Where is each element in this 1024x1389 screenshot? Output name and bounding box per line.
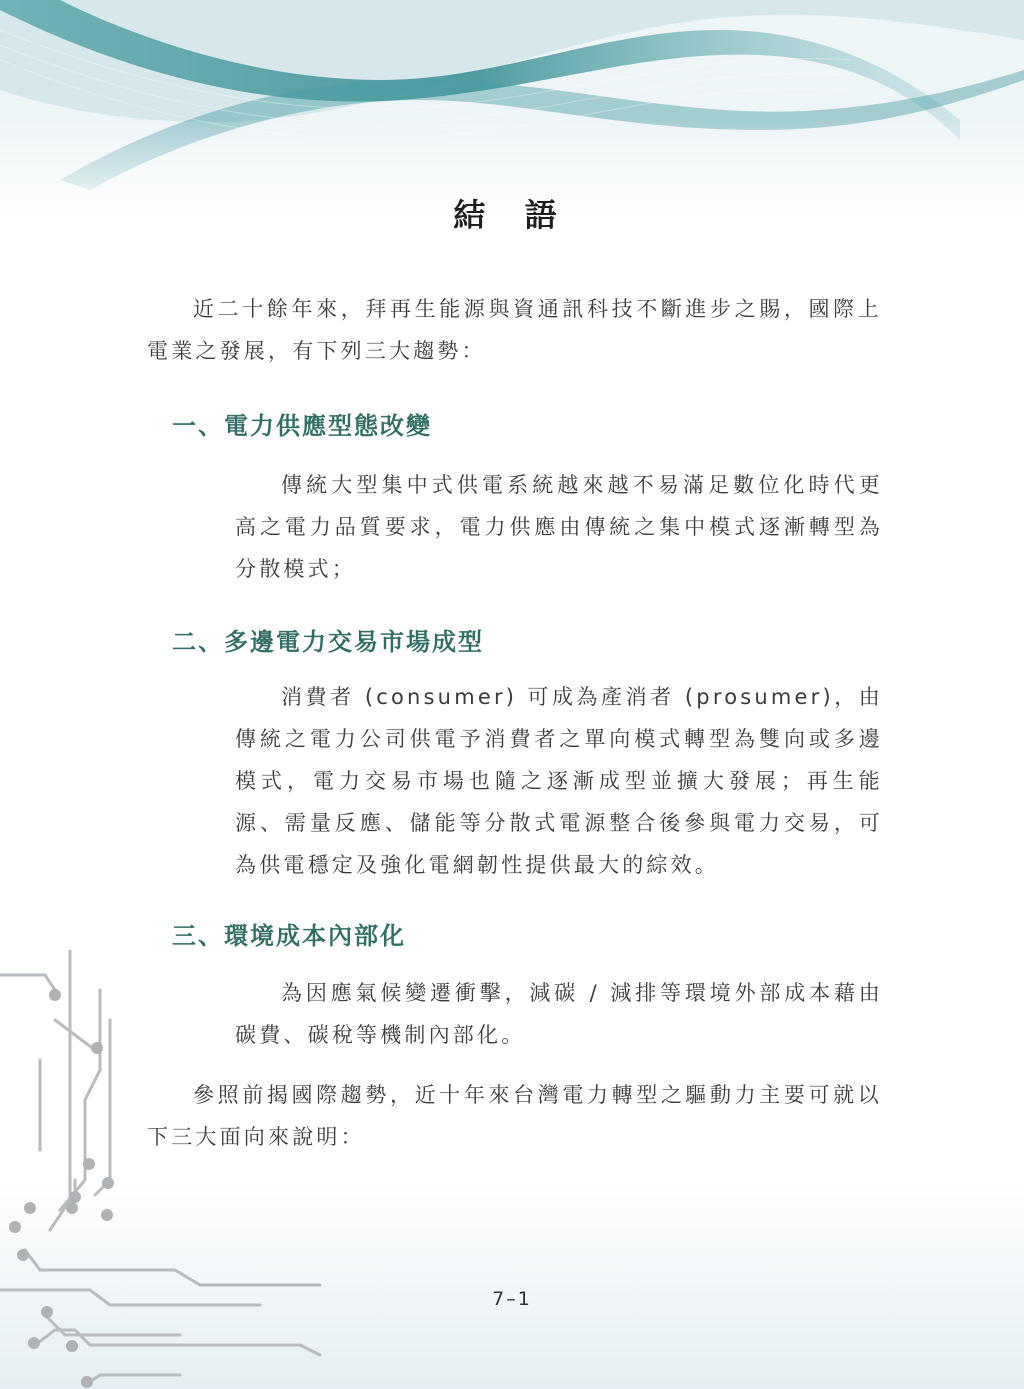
section-body-2: 消費者 (consumer) 可成為產消者 (prosumer)，由傳統之電力公… [235,676,883,886]
closing-paragraph: 參照前揭國際趨勢，近十年來台灣電力轉型之驅動力主要可就以下三大面向來說明： [147,1074,882,1158]
document-page: 結 語 近二十餘年來，拜再生能源與資通訊科技不斷進步之賜，國際上電業之發展，有下… [0,0,1024,1389]
section-heading-3: 三、環境成本內部化 [172,916,406,951]
section-body-1: 傳統大型集中式供電系統越來越不易滿足數位化時代更高之電力品質要求，電力供應由傳統… [235,464,883,590]
section-body-3: 為因應氣候變遷衝擊，減碳 / 減排等環境外部成本藉由碳費、碳稅等機制內部化。 [235,972,883,1056]
intro-paragraph: 近二十餘年來，拜再生能源與資通訊科技不斷進步之賜，國際上電業之發展，有下列三大趨… [147,288,882,372]
page-number: 7–1 [0,1288,1024,1310]
section-heading-1: 一、電力供應型態改變 [172,406,432,441]
section-heading-2: 二、多邊電力交易市場成型 [172,622,484,657]
page-title: 結 語 [0,190,1024,236]
